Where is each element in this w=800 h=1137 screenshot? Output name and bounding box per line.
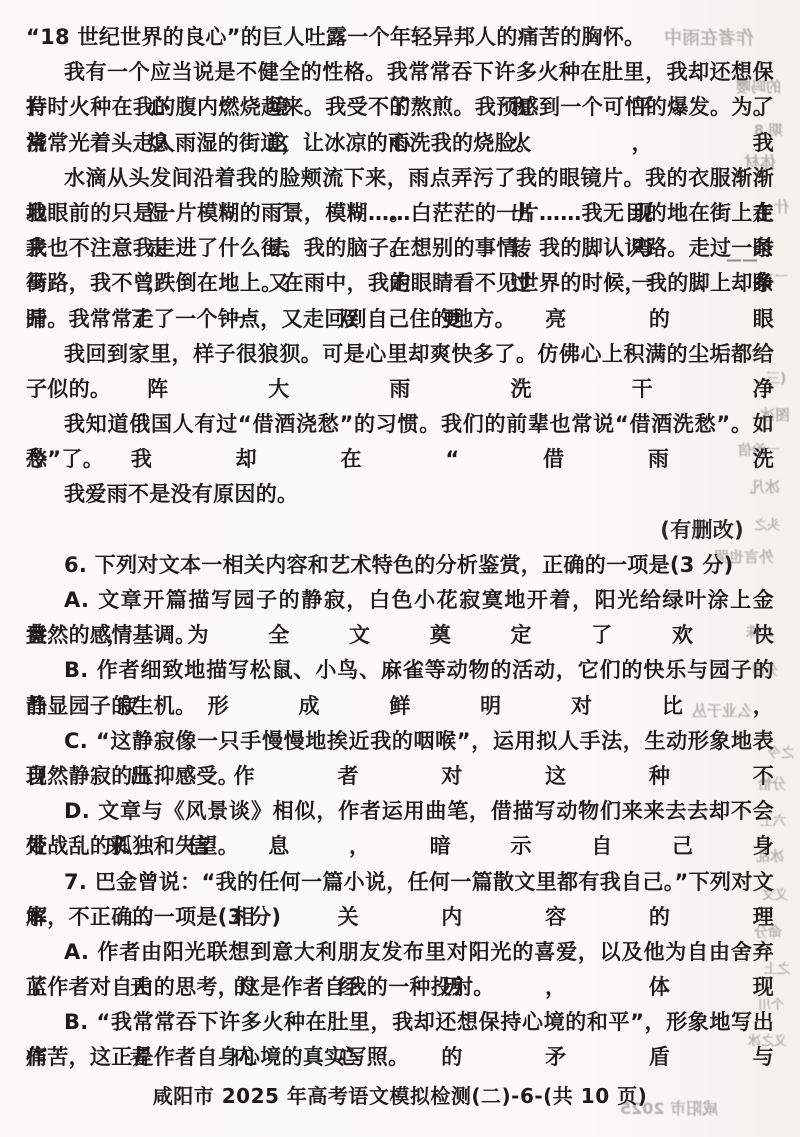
bleed-artifact: 什 bbox=[774, 196, 789, 217]
text-line: “18 世纪世界的良心”的巨人吐露一个年轻异邦人的痛苦的胸怀。 bbox=[26, 20, 774, 55]
text-line: 有时火种在我的腹内燃烧起来。我受不了熬煎。我预感到一个可怕的爆发。为了浇熄这心火… bbox=[26, 90, 774, 125]
text-line: 我也不注意我走进了什么街。我的脑子在想别的事情。我的脚认识路。走过一条街，又走过… bbox=[26, 231, 774, 266]
text-line: 7. 巴金曾说：“我的任何一篇小说，任何一篇散文里都有我自己。”下列对文本二相关… bbox=[26, 865, 774, 900]
page-footer: 咸阳市 2025 年高考语文模拟检测(二)-6-(共 10 页) bbox=[26, 1080, 774, 1109]
document-lines: “18 世纪世界的良心”的巨人吐露一个年轻异邦人的痛苦的胸怀。我有一个应当说是不… bbox=[26, 20, 774, 1076]
text-line: D. 文章与《风景谈》相似，作者运用曲笔，借描写动物们来来去去却不会带来信息，暗… bbox=[26, 794, 774, 829]
text-line: C. “这静寂像一只手慢慢地挨近我的咽喉”，运用拟人手法，生动形象地表现出作者对… bbox=[26, 724, 774, 759]
text-line: (有删改) bbox=[26, 513, 774, 548]
text-line: 6. 下列对文本一相关内容和艺术特色的分析鉴赏，正确的一项是(3 分) bbox=[26, 548, 774, 583]
text-line: 马路，我不曾跌倒在地上。在雨中，我的眼睛看不见世界的时候，我的脚上却睁开了一双更… bbox=[26, 266, 774, 301]
text-line: 我知道俄国人有过“借酒浇愁”的习惯。我们的前辈也常说“借酒洗愁”。如今我却在“借… bbox=[26, 407, 774, 442]
text-line: 我回到家里，样子很狼狈。可是心里却爽快多了。仿佛心上积满的尘垢都给一阵大雨洗干净 bbox=[26, 337, 774, 372]
text-line: 我有一个应当说是不健全的性格。我常常吞下许多火种在肚里，我却还想保持心境的和平。 bbox=[26, 55, 774, 90]
text-line: A. 文章开篇描写园子的静寂，白色小花寂寞地开着，阳光给绿叶涂上金黄，为全文奠定… bbox=[26, 583, 774, 618]
text-line: A. 作者由阳光联想到意大利朋友发布里对阳光的喜爱，以及他为自由舍弃蓝天的经历，… bbox=[26, 935, 774, 970]
text-line: 水滴从头发间沿着我的脸颊流下来，雨点弄污了我的眼镜片。我的衣服渐渐地湿了。出现在 bbox=[26, 161, 774, 196]
text-line: 我爱雨不是没有原因的。 bbox=[26, 477, 774, 512]
document-body: “18 世纪世界的良心”的巨人吐露一个年轻异邦人的痛苦的胸怀。我有一个应当说是不… bbox=[26, 20, 774, 1109]
text-line: B. 作者细致地描写松鼠、小鸟、麻雀等动物的活动，它们的快乐与园子的静寂形成鲜明… bbox=[26, 653, 774, 688]
text-line: 我眼前的只是一片模糊的雨景，模糊……白茫茫的一片……我无目的地在街上走来走去。转… bbox=[26, 196, 774, 231]
scanned-exam-page: “18 世纪世界的良心”的巨人吐露一个年轻异邦人的痛苦的胸怀。我有一个应当说是不… bbox=[0, 0, 800, 1137]
text-line: B. “我常常吞下许多火种在肚里，我却还想保持心境的和平”，形象地写出作者内心的… bbox=[26, 1005, 774, 1040]
